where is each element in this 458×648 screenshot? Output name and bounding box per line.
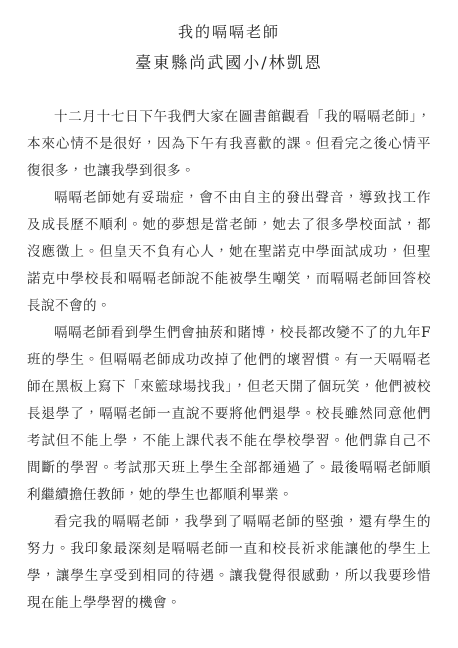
essay-paragraph: 十二月十七日下午我們大家在圖書館觀看「我的嗝嗝老師」，本來心情不是很好，因為下午… <box>27 104 431 185</box>
essay-paragraph: 嗝嗝老師看到學生們會抽菸和賭博，校長都改變不了的九年F班的學生。但嗝嗝老師成功改… <box>27 320 431 509</box>
document-page: 我的嗝嗝老師 臺東縣尚武國小/林凱恩 十二月十七日下午我們大家在圖書館觀看「我的… <box>0 0 458 648</box>
essay-byline: 臺東縣尚武國小/林凱恩 <box>0 42 458 74</box>
essay-paragraph: 看完我的嗝嗝老師，我學到了嗝嗝老師的堅強，還有學生的努力。我印象最深刻是嗝嗝老師… <box>27 509 431 617</box>
essay-body: 十二月十七日下午我們大家在圖書館觀看「我的嗝嗝老師」，本來心情不是很好，因為下午… <box>0 74 458 617</box>
essay-title: 我的嗝嗝老師 <box>0 0 458 42</box>
essay-paragraph: 嗝嗝老師她有妥瑞症，會不由自主的發出聲音，導致找工作及成長歷不順利。她的夢想是當… <box>27 185 431 320</box>
